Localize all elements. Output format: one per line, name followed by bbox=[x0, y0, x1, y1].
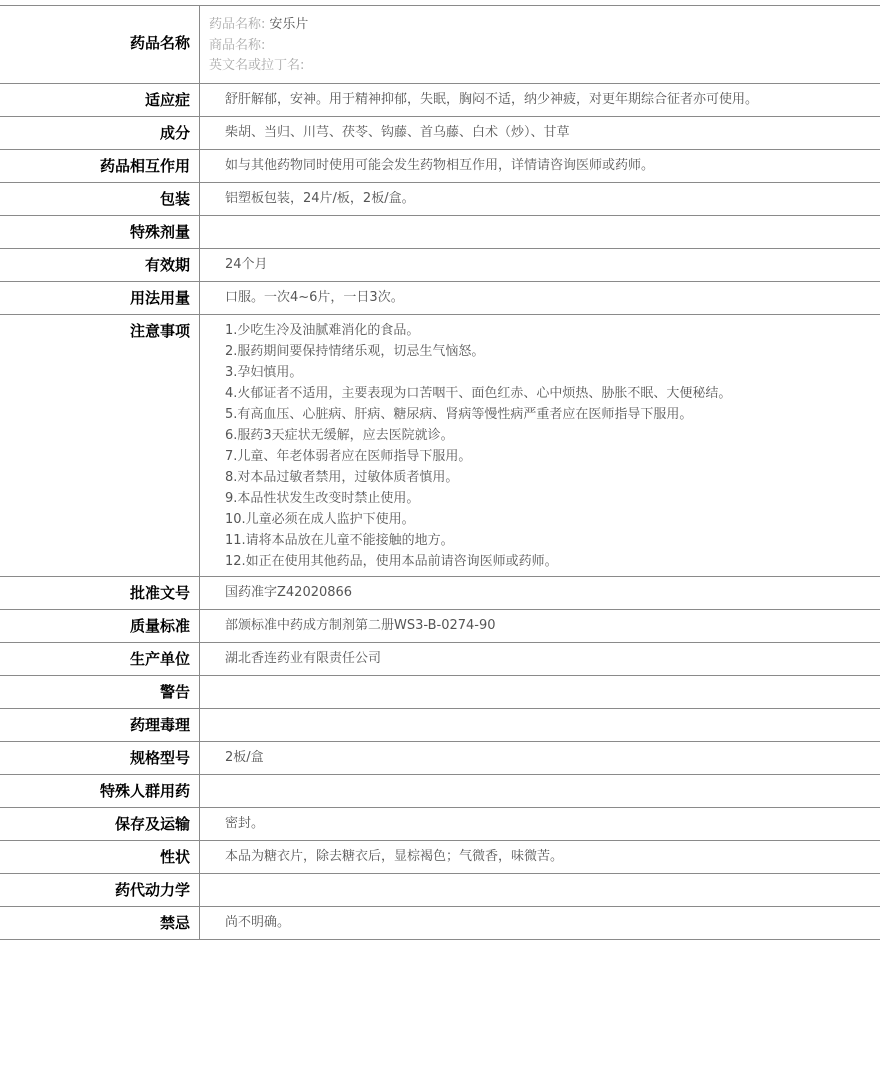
row-interactions: 药品相互作用 如与其他药物同时使用可能会发生药物相互作用，详情请咨询医师或药师。 bbox=[0, 149, 880, 182]
row-dosage: 用法用量 口服。一次4~6片，一日3次。 bbox=[0, 281, 880, 314]
row-special-populations: 特殊人群用药 bbox=[0, 774, 880, 807]
row-label: 生产单位 bbox=[0, 642, 200, 675]
precaution-item: 4.火郁证者不适用，主要表现为口苦咽干、面色红赤、心中烦热、胁胀不眠、大便秘结。 bbox=[225, 383, 790, 404]
row-storage: 保存及运输 密封。 bbox=[0, 807, 880, 840]
row-pharmacokinetics: 药代动力学 bbox=[0, 873, 880, 906]
row-label: 用法用量 bbox=[0, 281, 200, 314]
row-indication: 适应症 舒肝解郁，安神。用于精神抑郁，失眠，胸闷不适，纳少神疲，对更年期综合征者… bbox=[0, 83, 880, 116]
row-value: 密封。 bbox=[200, 807, 880, 840]
row-label: 质量标准 bbox=[0, 609, 200, 642]
row-label: 禁忌 bbox=[0, 906, 200, 939]
row-value: 本品为糖衣片，除去糖衣后，显棕褐色；气微香，味微苦。 bbox=[200, 840, 880, 873]
row-label: 规格型号 bbox=[0, 741, 200, 774]
generic-name-key: 药品名称: bbox=[209, 17, 265, 32]
row-value: 铝塑板包装，24片/板，2板/盒。 bbox=[200, 182, 880, 215]
drug-name-cell: 药品名称:安乐片 商品名称: 英文名或拉丁名: bbox=[200, 6, 880, 84]
row-drug-name: 药品名称 药品名称:安乐片 商品名称: 英文名或拉丁名: bbox=[0, 6, 880, 84]
row-contraindications: 禁忌 尚不明确。 bbox=[0, 906, 880, 939]
row-value bbox=[200, 873, 880, 906]
precaution-item: 6.服药3天症状无缓解，应去医院就诊。 bbox=[225, 425, 790, 446]
row-value: 1.少吃生冷及油腻难消化的食品。 2.服药期间要保持情绪乐观，切忌生气恼怒。 3… bbox=[200, 314, 880, 576]
row-label: 适应症 bbox=[0, 83, 200, 116]
precaution-item: 2.服药期间要保持情绪乐观，切忌生气恼怒。 bbox=[225, 341, 790, 362]
precaution-item: 3.孕妇慎用。 bbox=[225, 362, 790, 383]
row-label: 保存及运输 bbox=[0, 807, 200, 840]
row-warning: 警告 bbox=[0, 675, 880, 708]
row-ingredients: 成分 柴胡、当归、川芎、茯苓、钩藤、首乌藤、白术（炒）、甘草 bbox=[0, 116, 880, 149]
row-label: 有效期 bbox=[0, 248, 200, 281]
row-value bbox=[200, 708, 880, 741]
row-label: 药理毒理 bbox=[0, 708, 200, 741]
row-value: 国药准字Z42020866 bbox=[200, 576, 880, 609]
row-value: 2板/盒 bbox=[200, 741, 880, 774]
row-pharmacology: 药理毒理 bbox=[0, 708, 880, 741]
row-precautions: 注意事项 1.少吃生冷及油腻难消化的食品。 2.服药期间要保持情绪乐观，切忌生气… bbox=[0, 314, 880, 576]
precaution-list: 1.少吃生冷及油腻难消化的食品。 2.服药期间要保持情绪乐观，切忌生气恼怒。 3… bbox=[225, 320, 790, 572]
row-value: 口服。一次4~6片，一日3次。 bbox=[200, 281, 880, 314]
row-value bbox=[200, 675, 880, 708]
row-value: 24个月 bbox=[200, 248, 880, 281]
row-special-dosage: 特殊剂量 bbox=[0, 215, 880, 248]
precaution-item: 12.如正在使用其他药品，使用本品前请咨询医师或药师。 bbox=[225, 551, 790, 572]
row-label: 特殊剂量 bbox=[0, 215, 200, 248]
generic-name-line: 药品名称:安乐片 bbox=[209, 15, 880, 36]
row-label: 药品名称 bbox=[0, 6, 200, 84]
row-label: 批准文号 bbox=[0, 576, 200, 609]
row-value bbox=[200, 774, 880, 807]
indication-text: 舒肝解郁，安神。用于精神抑郁，失眠，胸闷不适，纳少神疲，对更年期综合征者亦可使用… bbox=[225, 89, 788, 110]
row-quality-standard: 质量标准 部颁标准中药成方制剂第二册WS3-B-0274-90 bbox=[0, 609, 880, 642]
row-approval-number: 批准文号 国药准字Z42020866 bbox=[0, 576, 880, 609]
row-label: 特殊人群用药 bbox=[0, 774, 200, 807]
row-value: 部颁标准中药成方制剂第二册WS3-B-0274-90 bbox=[200, 609, 880, 642]
row-manufacturer: 生产单位 湖北香连药业有限责任公司 bbox=[0, 642, 880, 675]
trade-name-line: 商品名称: bbox=[209, 36, 880, 57]
row-label: 药代动力学 bbox=[0, 873, 200, 906]
generic-name-value: 安乐片 bbox=[269, 17, 308, 32]
row-value: 尚不明确。 bbox=[200, 906, 880, 939]
precaution-item: 5.有高血压、心脏病、肝病、糖尿病、肾病等慢性病严重者应在医师指导下服用。 bbox=[225, 404, 790, 425]
precaution-item: 9.本品性状发生改变时禁止使用。 bbox=[225, 488, 790, 509]
row-description: 性状 本品为糖衣片，除去糖衣后，显棕褐色；气微香，味微苦。 bbox=[0, 840, 880, 873]
row-label: 警告 bbox=[0, 675, 200, 708]
precaution-item: 7.儿童、年老体弱者应在医师指导下服用。 bbox=[225, 446, 790, 467]
precaution-item: 1.少吃生冷及油腻难消化的食品。 bbox=[225, 320, 790, 341]
latin-name-key: 英文名或拉丁名: bbox=[209, 58, 304, 73]
row-label: 注意事项 bbox=[0, 314, 200, 576]
row-value: 如与其他药物同时使用可能会发生药物相互作用，详情请咨询医师或药师。 bbox=[200, 149, 880, 182]
drug-spec-table: 药品名称 药品名称:安乐片 商品名称: 英文名或拉丁名: 适应症 舒肝解郁，安神… bbox=[0, 5, 880, 940]
precaution-item: 10.儿童必须在成人监护下使用。 bbox=[225, 509, 790, 530]
row-shelf-life: 有效期 24个月 bbox=[0, 248, 880, 281]
precaution-item: 11.请将本品放在儿童不能接触的地方。 bbox=[225, 530, 790, 551]
row-value: 湖北香连药业有限责任公司 bbox=[200, 642, 880, 675]
row-label: 包装 bbox=[0, 182, 200, 215]
row-label: 性状 bbox=[0, 840, 200, 873]
row-packaging: 包装 铝塑板包装，24片/板，2板/盒。 bbox=[0, 182, 880, 215]
row-value bbox=[200, 215, 880, 248]
latin-name-line: 英文名或拉丁名: bbox=[209, 56, 880, 77]
row-label: 成分 bbox=[0, 116, 200, 149]
row-value: 柴胡、当归、川芎、茯苓、钩藤、首乌藤、白术（炒）、甘草 bbox=[200, 116, 880, 149]
trade-name-key: 商品名称: bbox=[209, 38, 265, 53]
row-specification: 规格型号 2板/盒 bbox=[0, 741, 880, 774]
row-label: 药品相互作用 bbox=[0, 149, 200, 182]
row-value: 舒肝解郁，安神。用于精神抑郁，失眠，胸闷不适，纳少神疲，对更年期综合征者亦可使用… bbox=[200, 83, 880, 116]
precaution-item: 8.对本品过敏者禁用，过敏体质者慎用。 bbox=[225, 467, 790, 488]
